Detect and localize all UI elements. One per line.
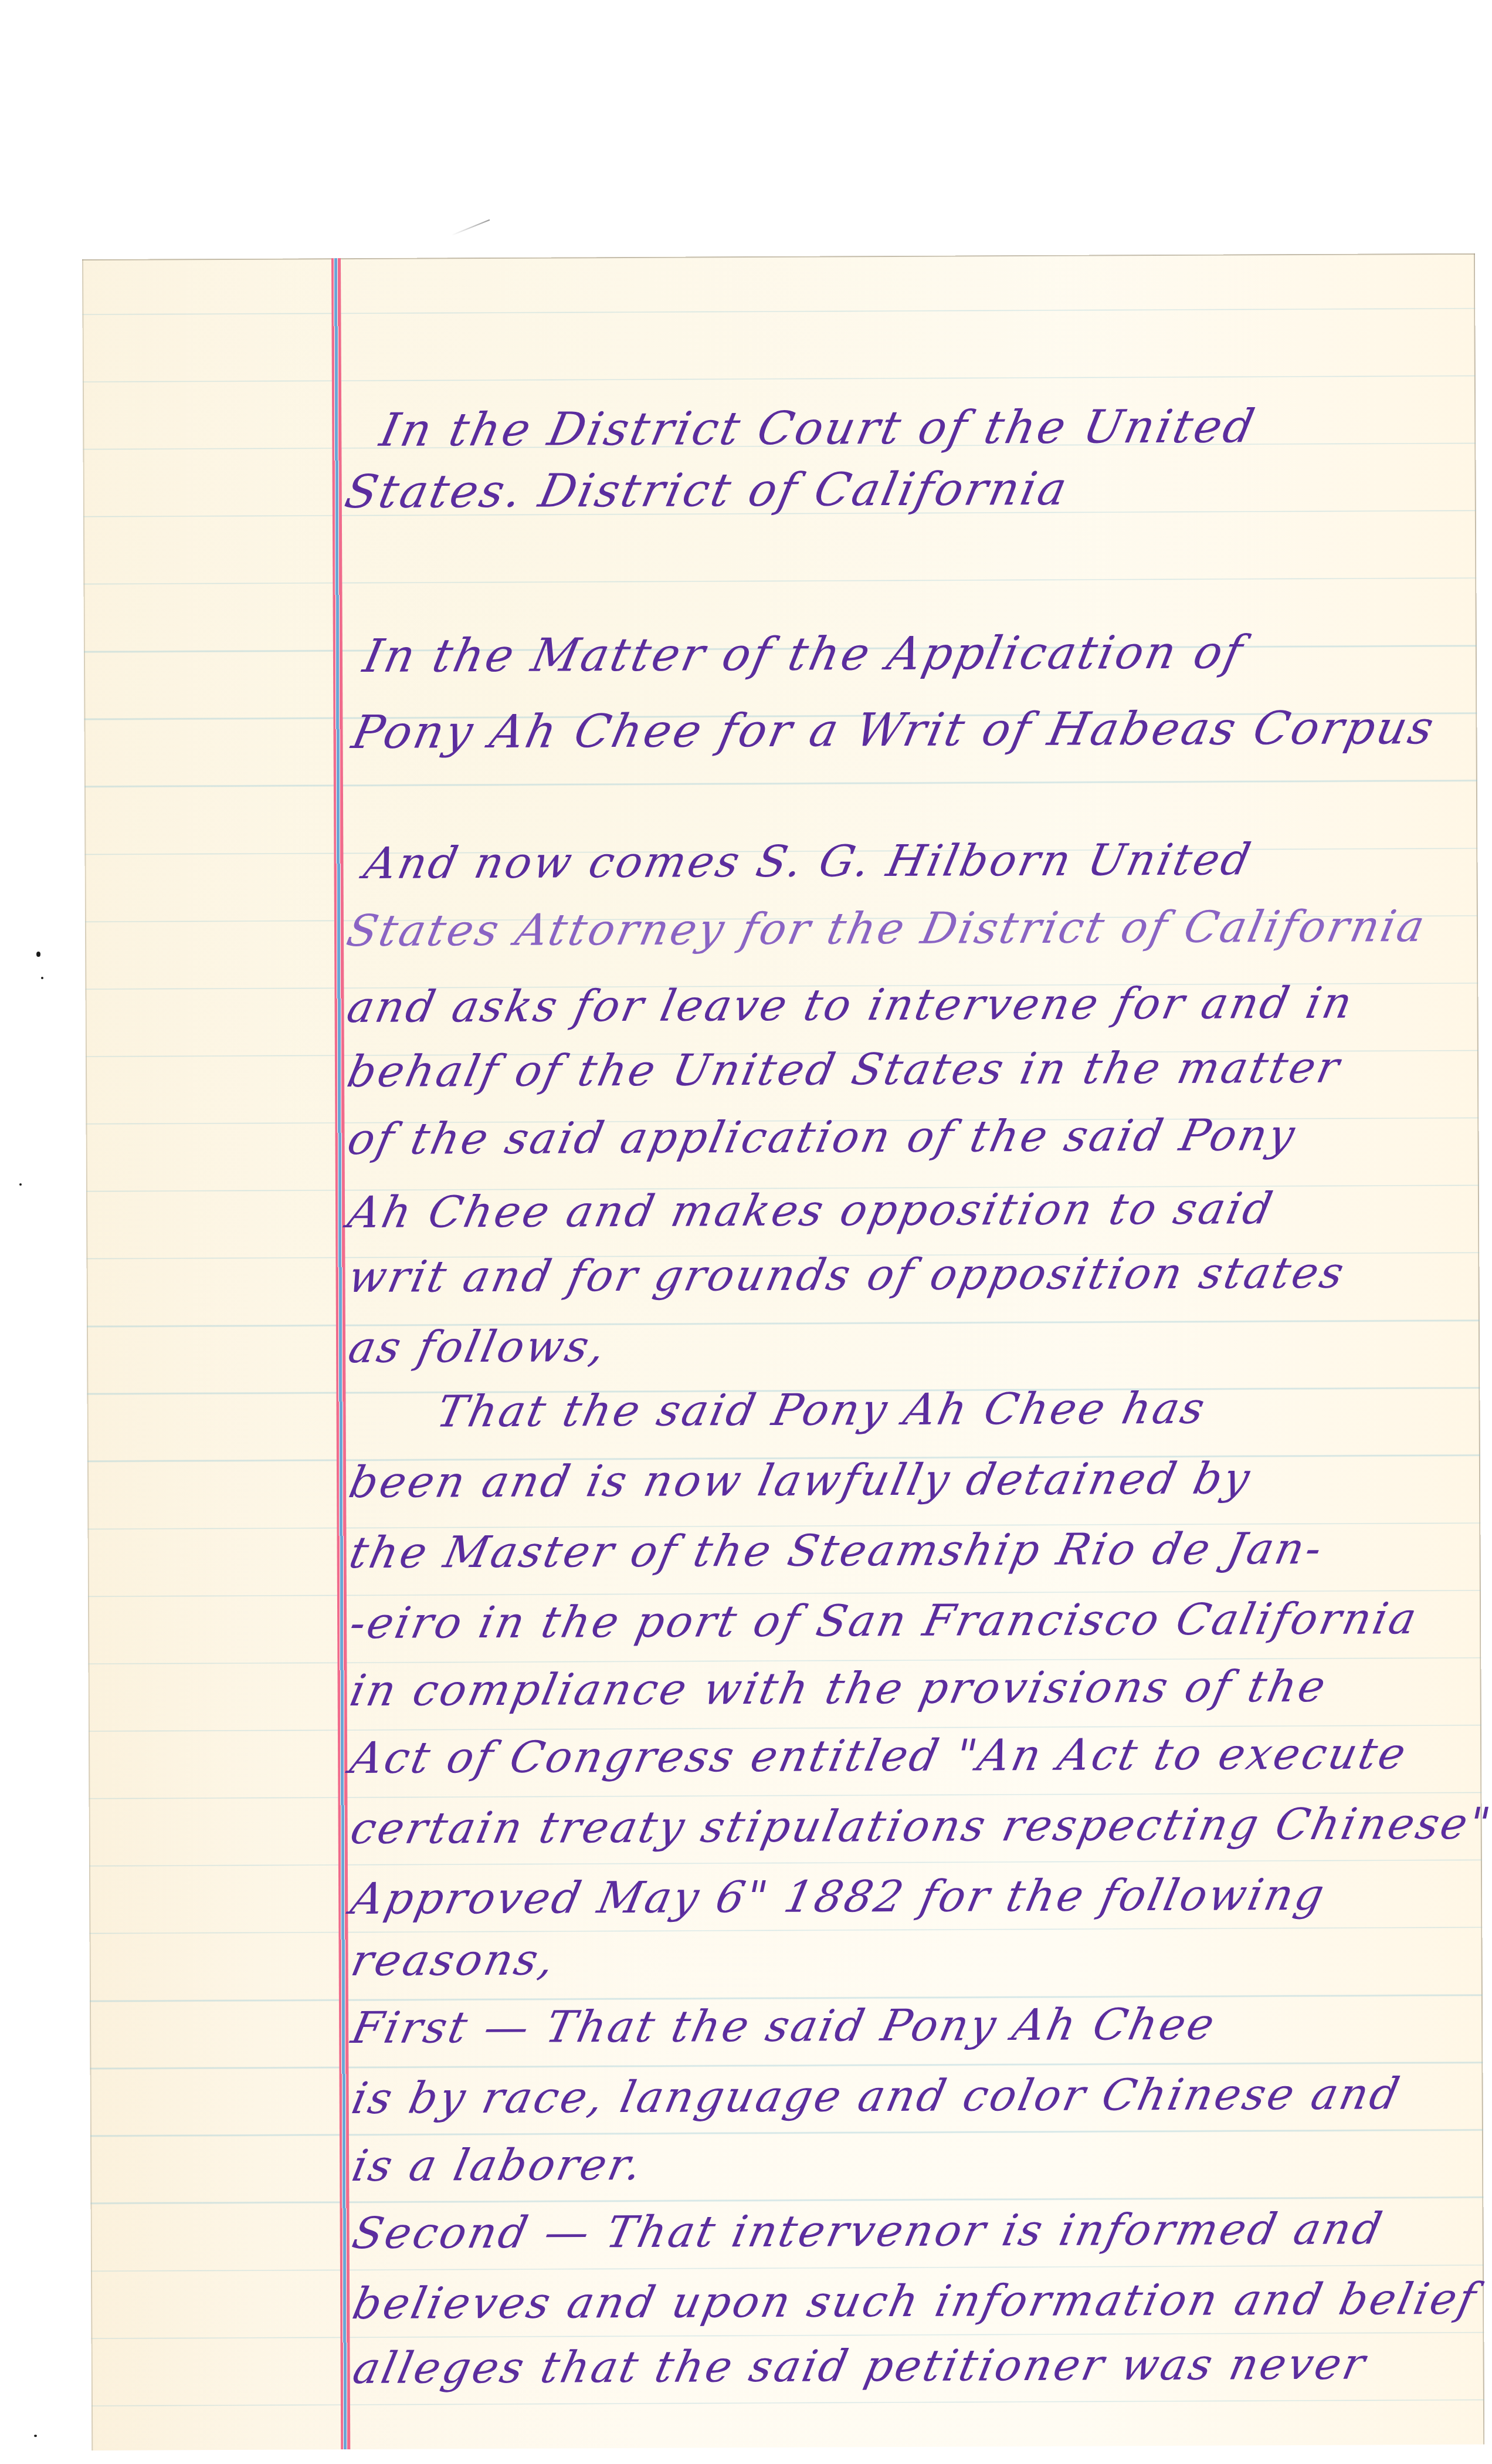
body-line: Second — That intervenor is informed and — [349, 2207, 1388, 2255]
body-line: Approved May 6" 1882 for the following — [347, 1873, 1330, 1921]
body-line: reasons, — [348, 1938, 560, 1982]
caption-line: States. District of California — [341, 466, 1073, 515]
body-line: alleges that the said petitioner was nev… — [350, 2342, 1371, 2390]
pencil-mark — [452, 219, 490, 236]
body-line: Act of Congress entitled "An Act to exec… — [347, 1732, 1411, 1780]
body-line: of the said application of the said Pony — [344, 1113, 1301, 1161]
scan-speck — [19, 1183, 22, 1186]
body-line: believes and upon such information and b… — [349, 2277, 1481, 2326]
body-line: been and is now lawfully detained by — [345, 1457, 1255, 1504]
body-line: the Master of the Steamship Rio de Jan- — [346, 1527, 1328, 1575]
body-line: in compliance with the provisions of the — [347, 1665, 1331, 1712]
handwritten-text: In the District Court of the United Stat… — [82, 253, 1484, 2451]
scan-speck — [41, 977, 43, 979]
body-line: Ah Chee and makes opposition to said — [344, 1187, 1278, 1234]
body-line: First — That the said Pony Ah Chee — [348, 2003, 1220, 2050]
caption-line: In the District Court of the United — [376, 404, 1260, 453]
body-line: And now comes S. G. Hilborn United — [361, 838, 1256, 885]
body-line: -eiro in the port of San Francisco Calif… — [346, 1597, 1422, 1645]
body-line: writ and for grounds of opposition state… — [345, 1251, 1349, 1299]
scan-speck — [36, 952, 40, 957]
matter-title-line: In the Matter of the Application of — [360, 629, 1248, 679]
body-line: as follows, — [345, 1325, 611, 1369]
document-page: In the District Court of the United Stat… — [82, 253, 1484, 2451]
body-line: States Attorney for the District of Cali… — [343, 905, 1430, 953]
body-line: certain treaty stipulations respecting C… — [347, 1802, 1492, 1851]
body-line: and asks for leave to intervene for and … — [344, 981, 1358, 1030]
body-line: That the said Pony Ah Chee has — [433, 1387, 1210, 1434]
body-line: is by race, language and color Chinese a… — [348, 2072, 1405, 2120]
body-line: behalf of the United States in the matte… — [344, 1046, 1345, 1094]
body-line: is a laborer. — [348, 2143, 647, 2188]
matter-title-line: Pony Ah Chee for a Writ of Habeas Corpus — [348, 705, 1440, 756]
scan-speck — [34, 2435, 37, 2437]
